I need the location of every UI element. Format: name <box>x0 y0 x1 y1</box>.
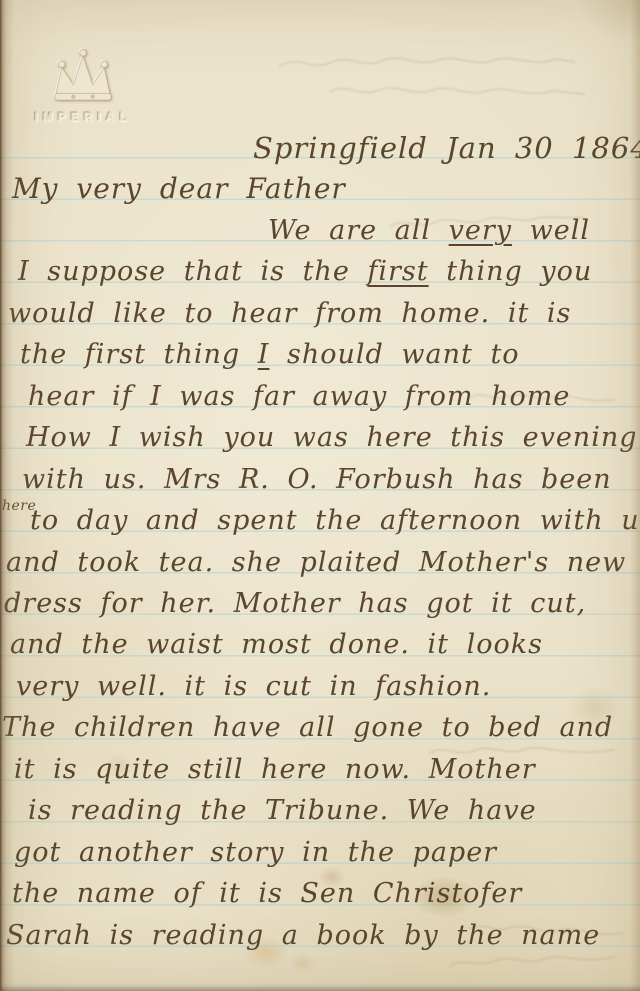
letter-body: Springfield Jan 30 1864My very dear Fath… <box>0 0 640 991</box>
letter-line-15: it is quite still here now. Mother <box>14 749 536 791</box>
letter-line-11: dress for her. Mother has got it cut, <box>4 583 586 625</box>
letter-line-0: Springfield Jan 30 1864 <box>253 127 640 169</box>
letter-line-19: Sarah is reading a book by the name <box>6 915 600 957</box>
letter-line-16: is reading the Tribune. We have <box>28 790 537 832</box>
letter-line-6: hear if I was far away from home <box>28 376 570 418</box>
letter-line-1: My very dear Father <box>12 168 346 210</box>
letter-page: IMPERIAL Springfield Jan 30 1864My very … <box>0 0 640 991</box>
letter-line-10: and took tea. she plaited Mother's new <box>6 542 626 584</box>
letter-line-18: the name of it is Sen Christofer <box>12 873 522 915</box>
page-edge-left <box>0 0 14 991</box>
letter-line-5: the first thing I should want to <box>20 334 520 376</box>
letter-line-13: very well. it is cut in fashion. <box>16 666 491 708</box>
corner-shading <box>550 0 640 60</box>
letter-line-12: and the waist most done. it looks <box>10 624 543 666</box>
letter-line-3: I suppose that is the first thing you <box>18 251 592 293</box>
page-edge-bottom <box>0 983 640 991</box>
letter-line-9: to day and spent the afternoon with us <box>30 500 640 542</box>
letter-line-2: We are all very well <box>268 210 590 252</box>
letter-line-7: How I wish you was here this evening <box>26 417 638 459</box>
letter-line-8: with us. Mrs R. O. Forbush has been <box>22 459 612 501</box>
page-edge-right <box>630 0 640 991</box>
letter-line-14: The children have all gone to bed and <box>2 707 613 749</box>
letter-line-4: would like to hear from home. it is <box>8 293 571 335</box>
letter-line-17: got another story in the paper <box>14 832 497 874</box>
